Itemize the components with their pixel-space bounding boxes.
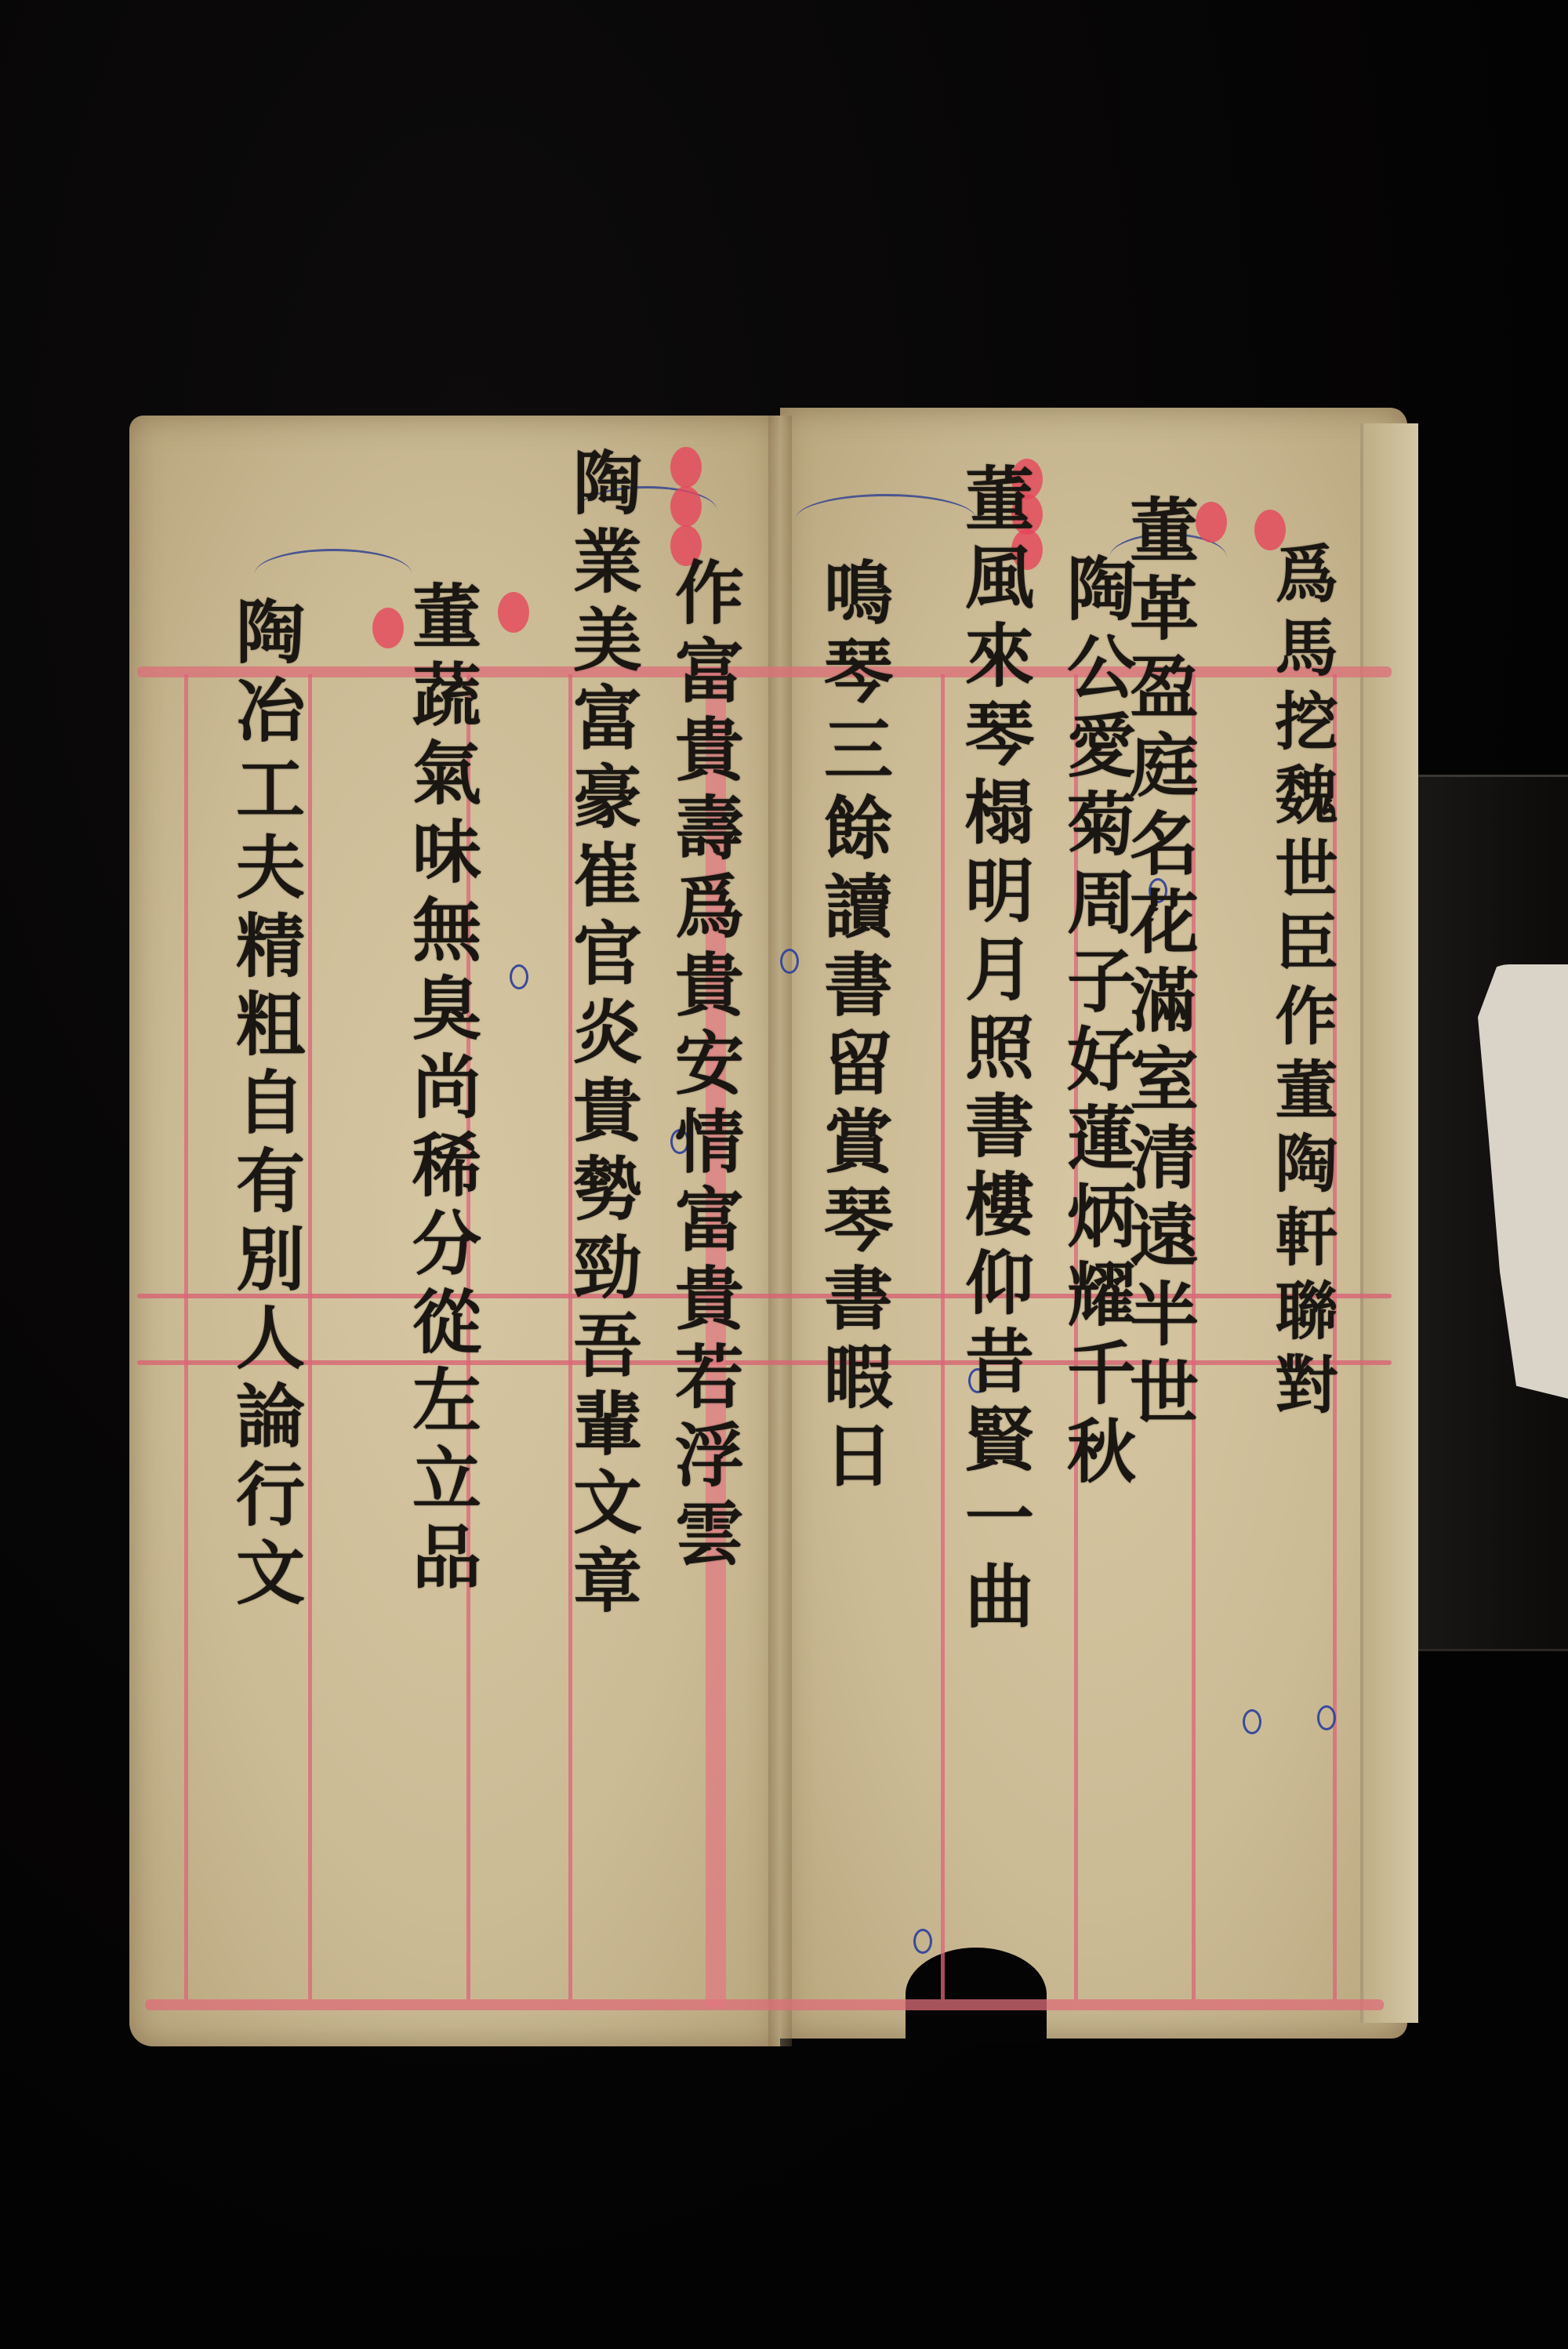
red-circle-mark xyxy=(670,486,702,527)
blue-circle-mark xyxy=(1243,1709,1261,1734)
column-5-couplet: 鳴琴三餘讀書留賞琴書暇日 xyxy=(819,557,888,1498)
red-column-rule xyxy=(308,674,312,1999)
red-ruling-bottom xyxy=(145,1999,1384,2010)
column-9-couplet: 陶冶工夫精粗自有別人論行文 xyxy=(231,596,300,1615)
column-1-title: 爲馬挖魏世臣作董陶軒聯對 xyxy=(1270,541,1333,1425)
red-circle-mark xyxy=(670,447,702,488)
red-circle-mark xyxy=(498,592,529,633)
red-ruling-top xyxy=(137,666,1392,677)
page-edge xyxy=(1360,423,1418,2023)
blue-arc-annotation xyxy=(255,549,412,598)
blue-circle-mark xyxy=(1317,1705,1336,1730)
red-column-rule xyxy=(184,674,188,1999)
column-8-couplet: 董蔬氣味無臭尚稀分從左立品 xyxy=(408,580,477,1599)
red-ruling-mid1 xyxy=(137,1294,1392,1298)
red-circle-mark xyxy=(372,608,404,648)
column-3-couplet: 陶公愛菊周子好蓮炳耀千秋 xyxy=(1062,553,1131,1494)
blue-circle-mark xyxy=(780,949,799,974)
blue-circle-mark xyxy=(510,964,528,989)
red-column-rule xyxy=(941,674,945,1999)
column-6-couplet: 作富貴壽爲貴安情富貴若浮雲 xyxy=(670,557,739,1576)
red-ruling-mid2 xyxy=(137,1360,1392,1365)
manuscript-booklet: 爲馬挖魏世臣作董陶軒聯對 董革盈庭名花滿室清遠半世 陶公愛菊周子好蓮炳耀千秋 董… xyxy=(129,400,1415,2062)
blue-circle-mark xyxy=(913,1929,932,1954)
red-circle-mark xyxy=(1196,502,1227,543)
column-7-couplet: 陶業美富豪崔官炎貴勢勁吾輩文章 xyxy=(568,447,637,1623)
book-spine xyxy=(768,416,792,2046)
blue-arc-annotation xyxy=(796,494,976,543)
torn-corner xyxy=(906,1948,1047,2042)
column-4-couplet: 董風來琴榻明月照書樓仰昔賢一曲 xyxy=(960,463,1029,1639)
